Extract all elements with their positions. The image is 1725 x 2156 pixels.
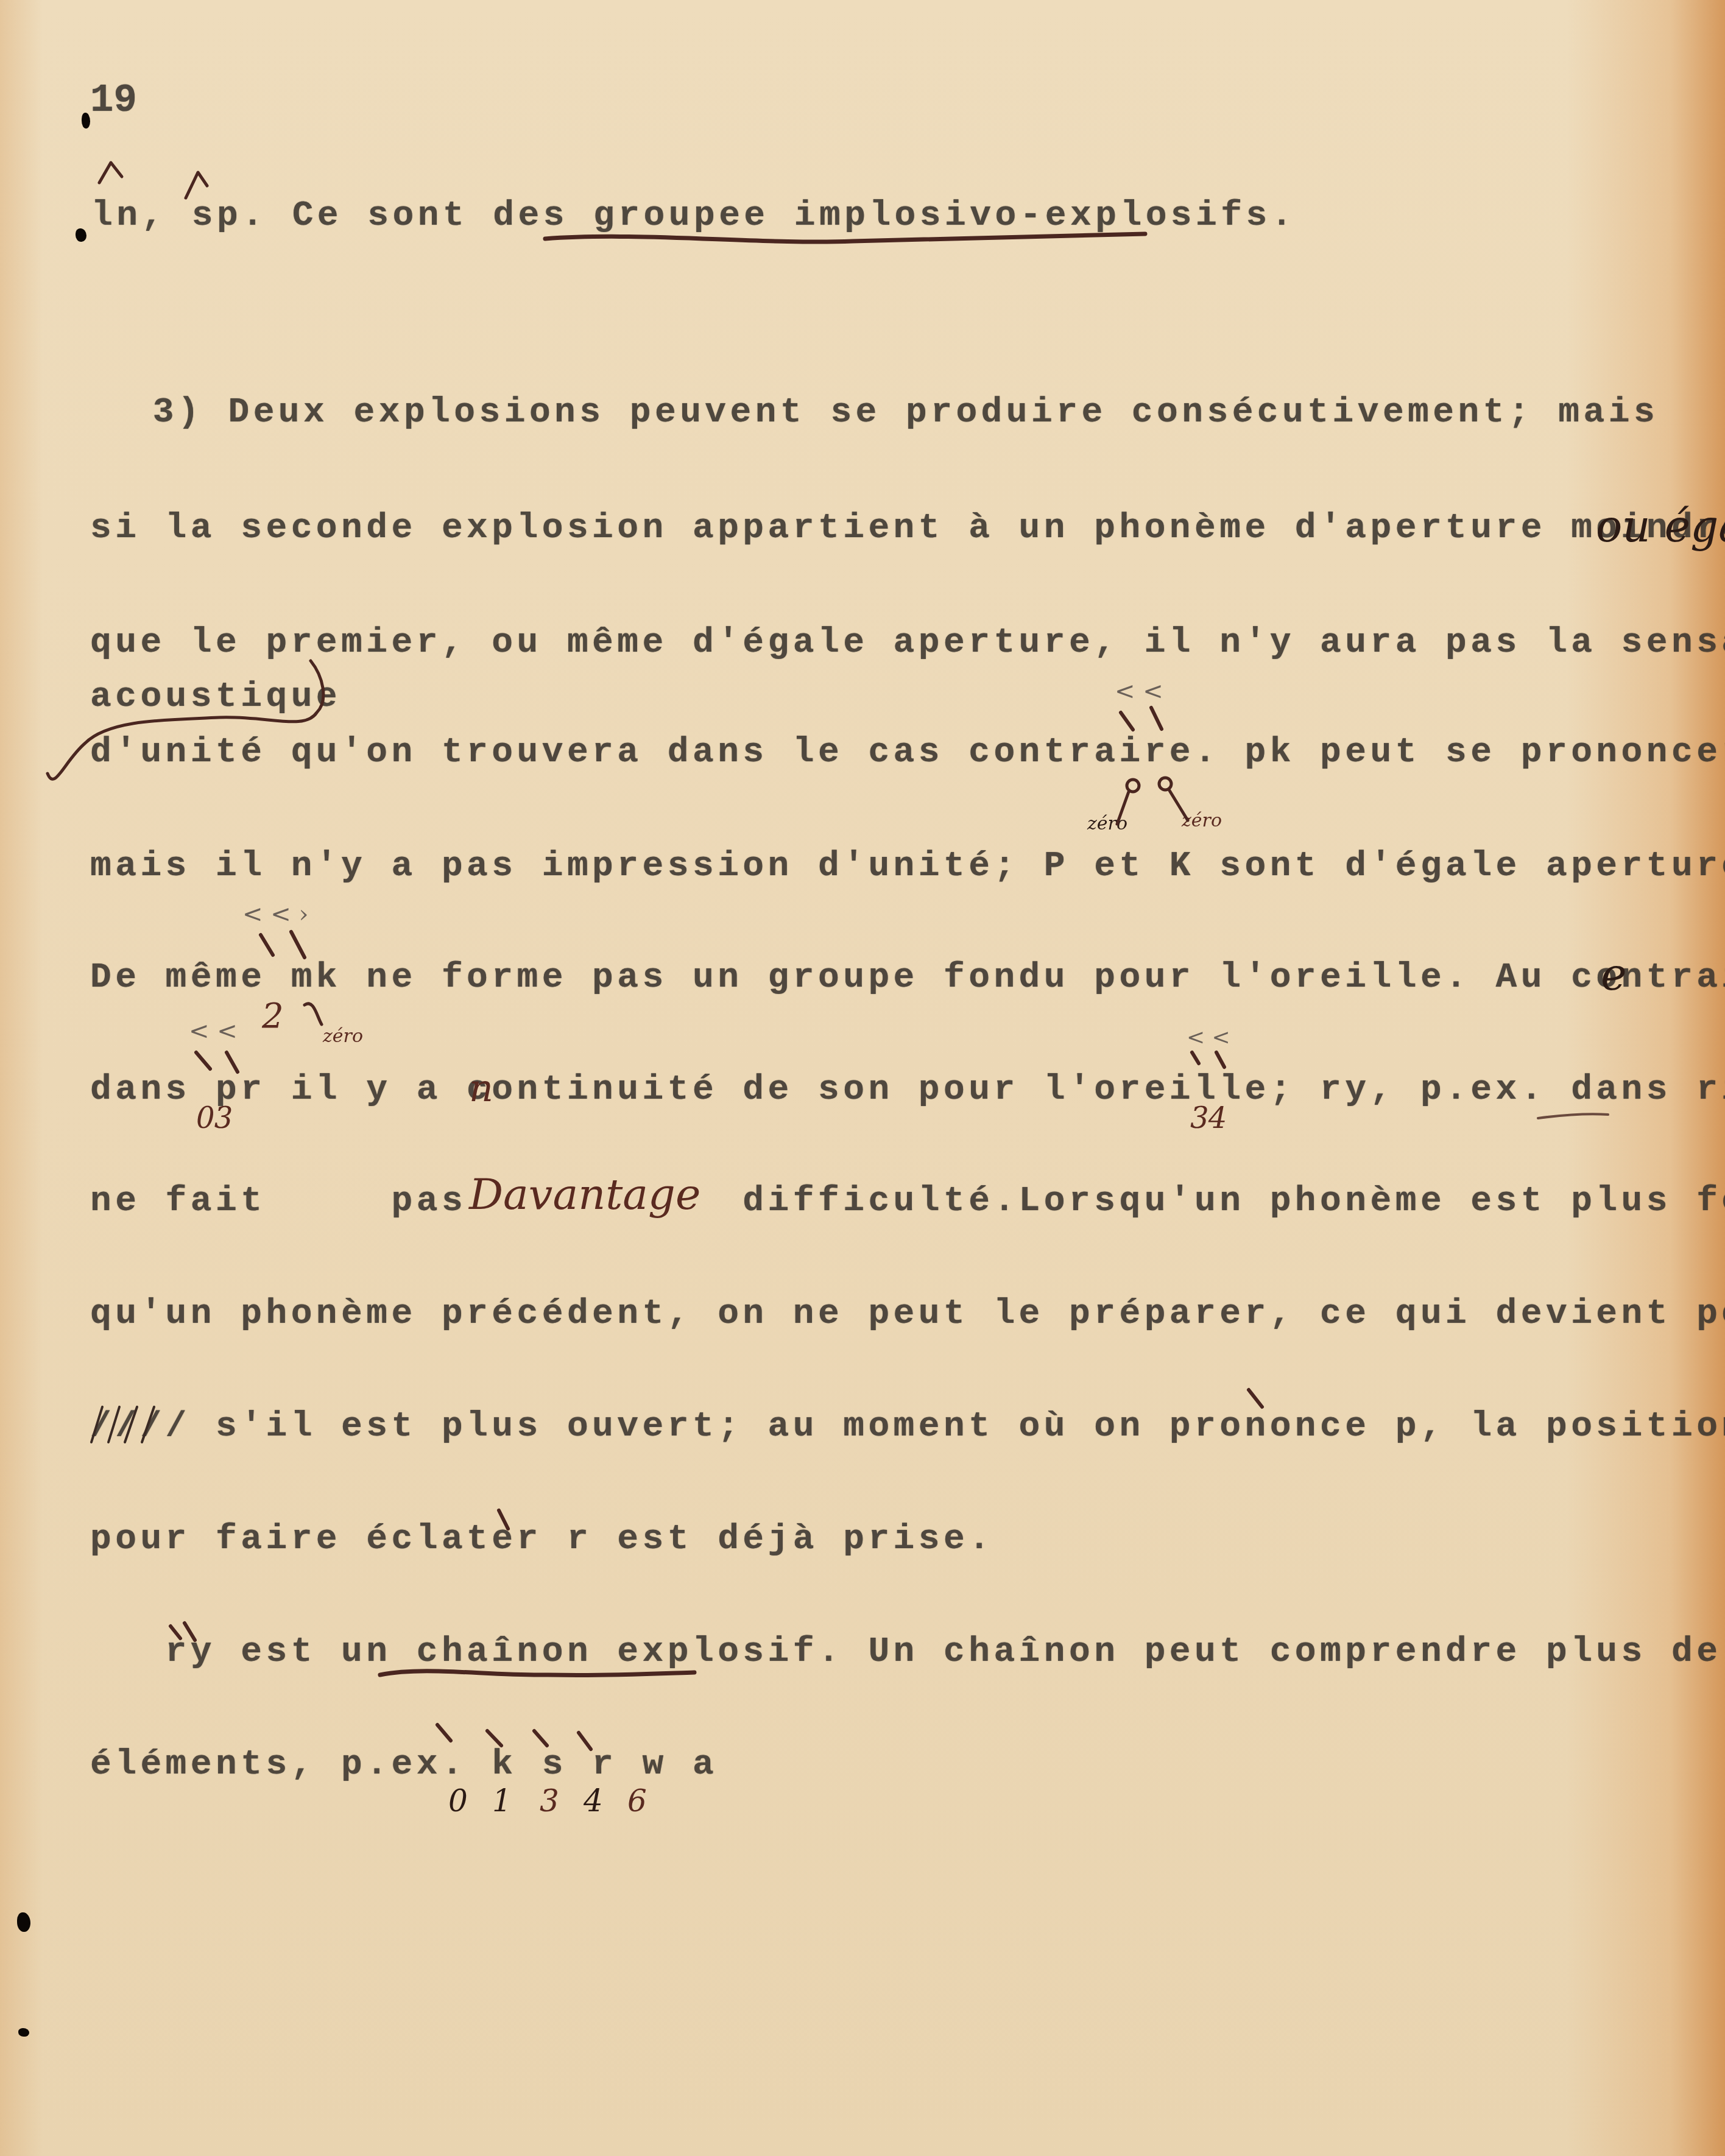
text-line: d'unité qu'on trouvera dans le cas contr… <box>90 733 1725 772</box>
explosion-mark <box>291 932 305 957</box>
text-line: éléments, p.ex. k s r w a <box>90 1745 718 1784</box>
explosion-mark <box>437 1725 451 1741</box>
text-line: //// s'il est plus ouvert; au moment où … <box>90 1407 1725 1446</box>
text-line: 3) Deux explosions peuvent se produire c… <box>52 393 1659 432</box>
mark-ry-above: < < <box>1187 1025 1230 1050</box>
text-line: pour faire éclater r est déjà prise. <box>90 1520 993 1559</box>
text-line: ne fait pas difficulté.Lorsqu'un phonème… <box>90 1182 1725 1221</box>
label-ksrwa-0: 0 <box>448 1783 468 1819</box>
text-line: que le premier, ou même d'égale aperture… <box>90 623 1725 663</box>
handwritten-ou-egal: ou égal <box>1596 501 1725 552</box>
binder-hole-mark <box>82 113 90 129</box>
explosion-mark <box>1216 1052 1224 1067</box>
binder-hole-mark <box>18 2028 29 2037</box>
mark-pr-above: < < <box>189 1017 238 1045</box>
page-number: 19 <box>90 79 137 123</box>
explosion-mark <box>196 1052 210 1069</box>
text-line: ln, sp. Ce sont des groupee implosivo-ex… <box>91 196 1296 236</box>
handwritten-n: n <box>469 1066 493 1110</box>
explosion-mark <box>261 935 273 955</box>
explosion-mark <box>1192 1052 1199 1063</box>
label-pr-numbers: 0 3 <box>196 1101 228 1135</box>
text-line: qu'un phonème précédent, on ne peut le p… <box>90 1294 1725 1334</box>
handwritten-davantage: Davantage <box>469 1169 700 1219</box>
explosion-mark <box>1121 713 1133 730</box>
label-ksrwa-3: 3 <box>540 1783 559 1819</box>
explosion-mark <box>227 1052 238 1072</box>
label-ry-numbers: 3 4 <box>1190 1101 1222 1135</box>
label-mk-number: 2 <box>262 996 284 1036</box>
explosion-mark <box>487 1731 501 1746</box>
text-line: acoustique <box>90 677 341 717</box>
text-line: De même mk ne forme pas un groupe fondu … <box>90 958 1725 998</box>
text-line: ry est un chaînon explosif. Un chaînon p… <box>90 1632 1725 1672</box>
text-line: mais il n'y a pas impression d'unité; P … <box>90 847 1725 886</box>
binder-hole-mark <box>76 228 86 242</box>
label-ksrwa-6: 6 <box>627 1783 647 1819</box>
explosion-mark <box>1249 1390 1262 1407</box>
label-pk-zero-left: zéro <box>1087 813 1127 834</box>
binder-hole-mark <box>17 1912 30 1932</box>
explosion-mark <box>1151 708 1162 729</box>
document-page: 19 ln, sp. Ce sont des groupee implosivo… <box>0 0 1725 2156</box>
text-line: si la seconde explosion appartient à un … <box>90 509 1725 548</box>
label-mk-zero: zéro <box>323 1026 363 1047</box>
underline-mark <box>1538 1114 1608 1118</box>
caret-mark <box>99 163 122 183</box>
label-pk-zero-right: zéro <box>1182 810 1222 831</box>
caret-mark <box>186 172 207 198</box>
mark-mk-above: < < › <box>242 900 308 928</box>
handwritten-letter-e: e <box>1601 949 1627 1000</box>
text-line: dans pr il y a continuité de son pour l'… <box>90 1070 1725 1110</box>
label-ksrwa-1: 1 <box>492 1783 512 1819</box>
label-ksrwa-4: 4 <box>584 1783 603 1819</box>
explosion-mark <box>534 1731 547 1746</box>
mark-pk-above: < < <box>1115 677 1163 705</box>
